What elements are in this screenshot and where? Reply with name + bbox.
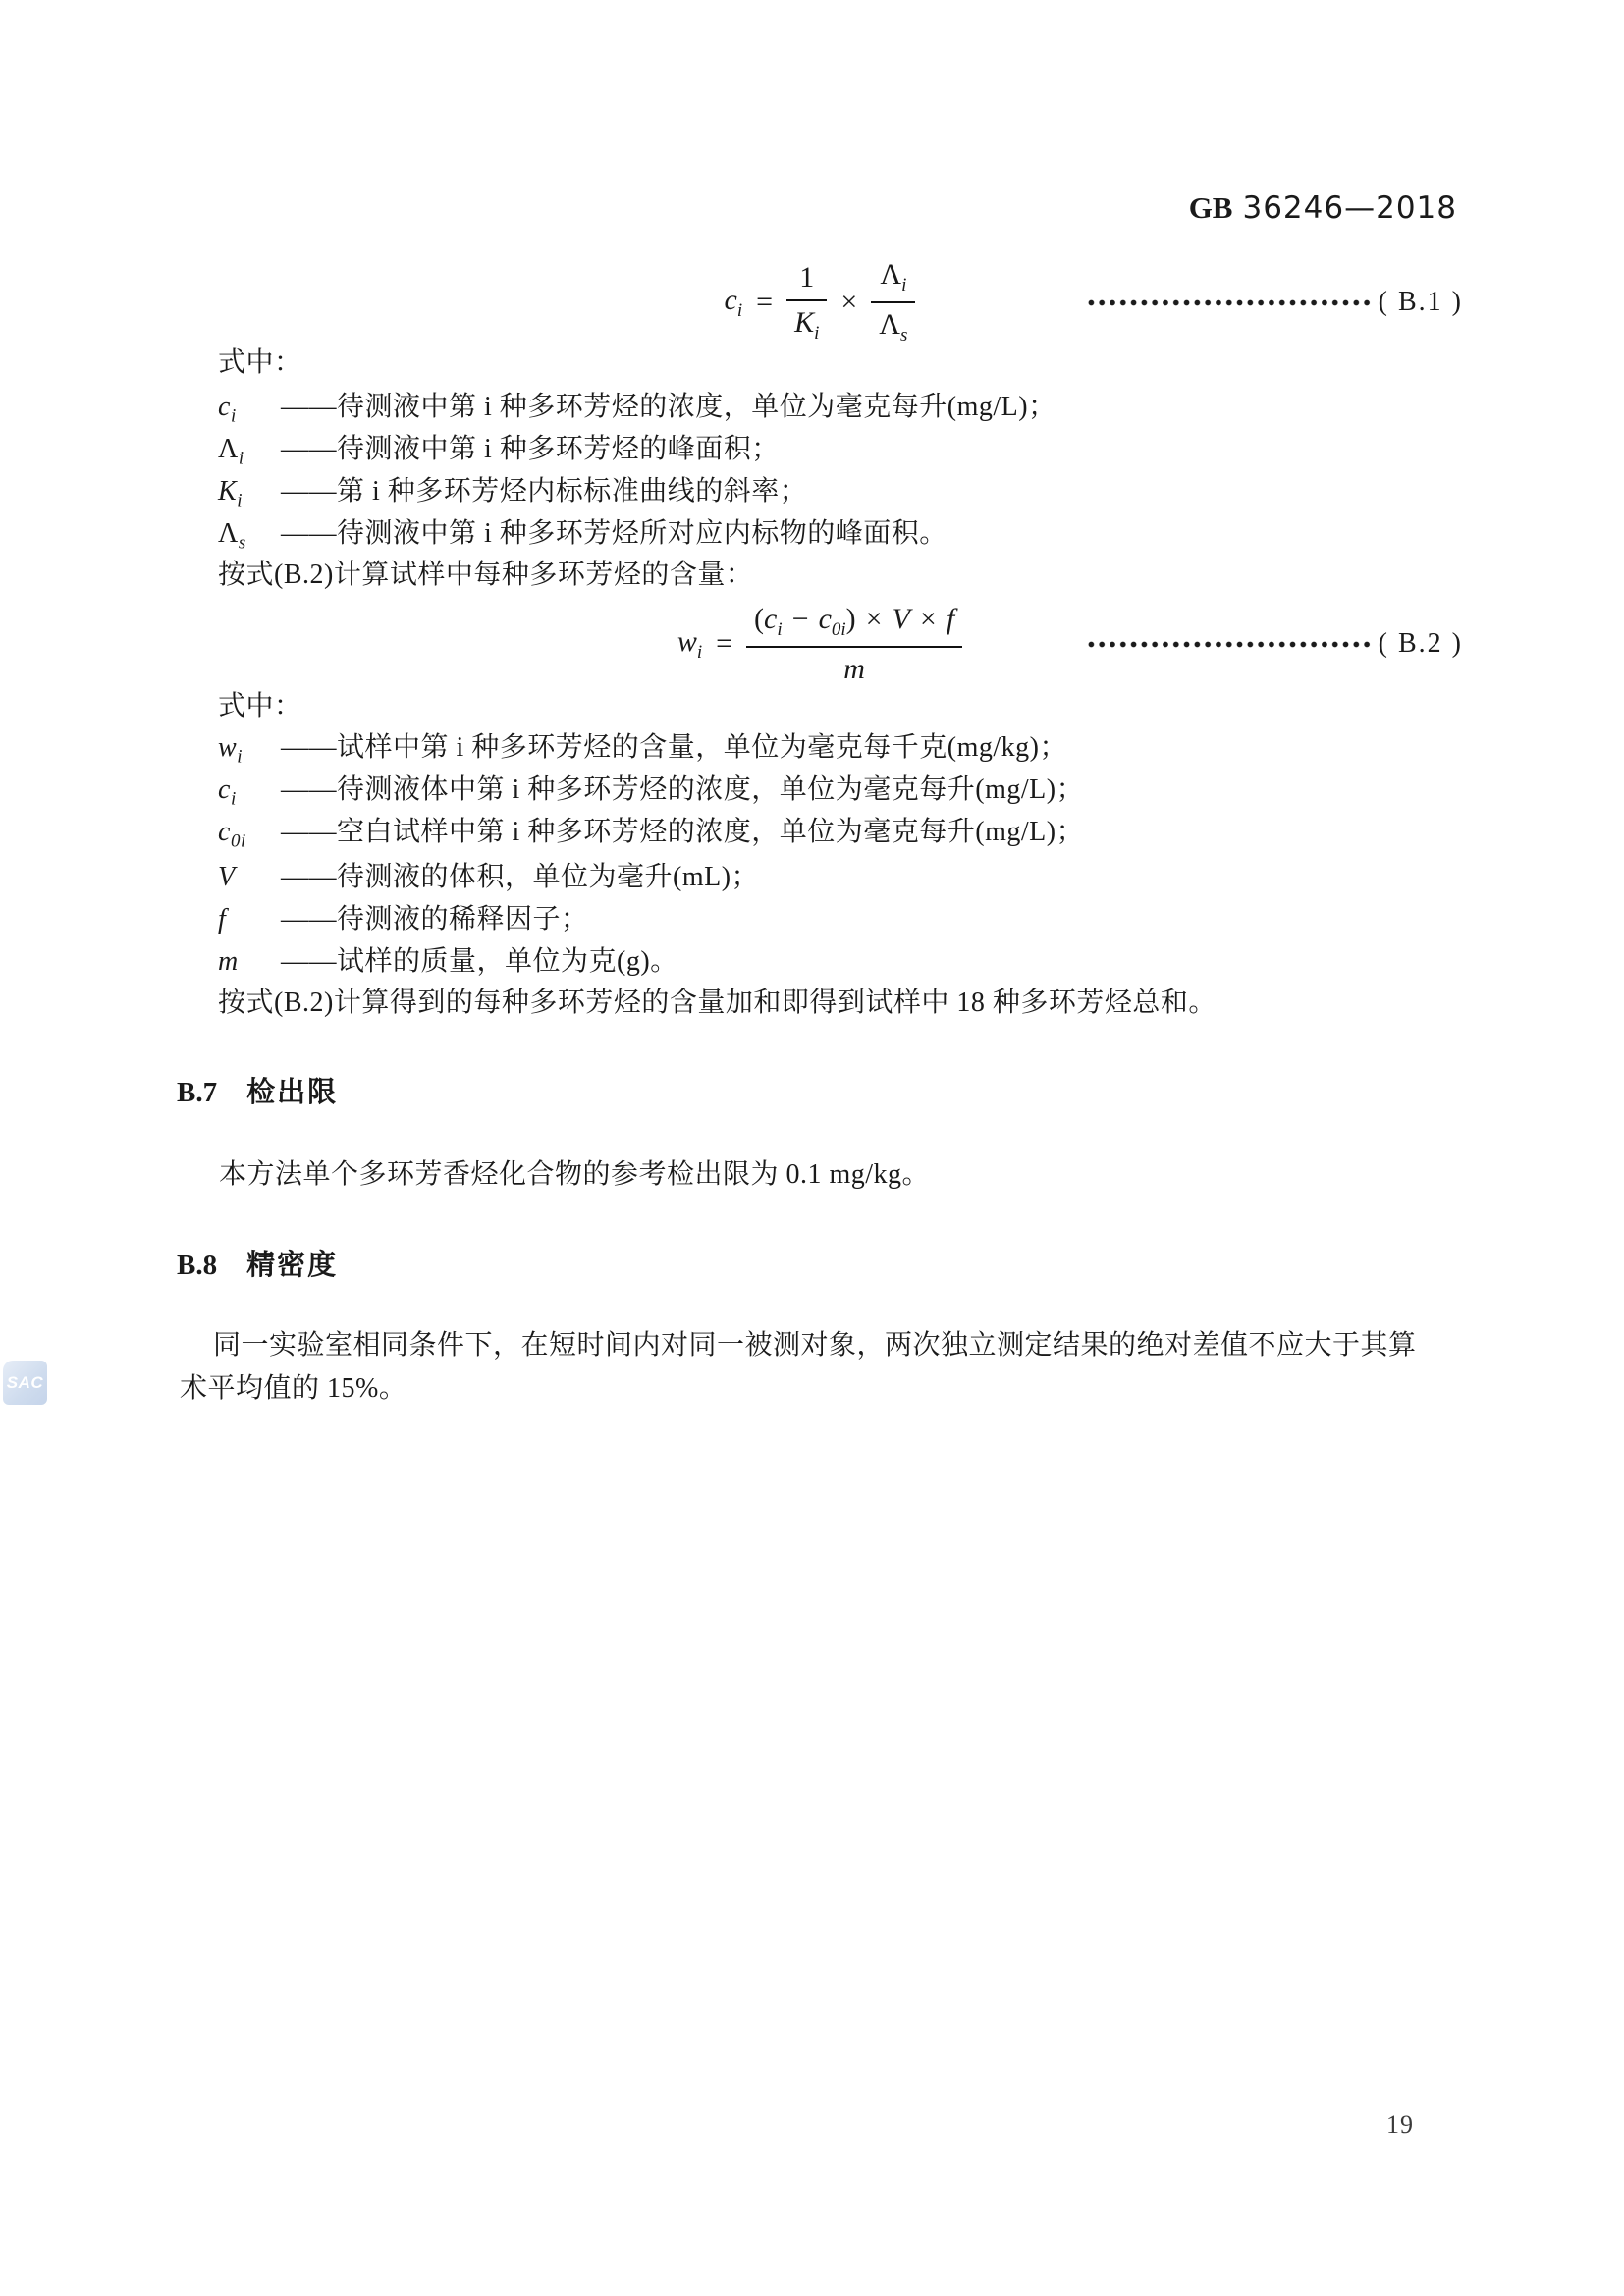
section-heading-b8: B.8精密度 bbox=[177, 1243, 338, 1283]
paragraph-sum: 按式(B.2)计算得到的每种多环芳烃的含量加和即得到试样中 18 种多环芳烃总和… bbox=[218, 986, 1217, 1020]
formula-b2-block: wi = (ci−c0i)×V×f m ( B.2 ) bbox=[177, 595, 1463, 693]
times-sign: × bbox=[866, 603, 883, 635]
term-sub: s bbox=[239, 533, 246, 554]
definition-text: ——待测液中第 i 种多环芳烃所对应内标物的峰面积。 bbox=[281, 516, 947, 555]
definition-term: ci bbox=[218, 390, 281, 428]
sac-watermark-text: SAC bbox=[7, 1373, 43, 1393]
formula-b2-lhs-base: w bbox=[677, 625, 697, 658]
term-sub: i bbox=[237, 747, 243, 768]
definition-row: ci ——待测液中第 i 种多环芳烃的浓度，单位为毫克每升(mg/L)； bbox=[218, 390, 1056, 428]
equals-sign: = bbox=[756, 286, 773, 319]
term-sub: i bbox=[231, 406, 237, 427]
section-number: B.8 bbox=[177, 1250, 217, 1281]
definition-row: m ——试样的质量，单位为克(g)。 bbox=[218, 944, 678, 983]
minus-sign: − bbox=[792, 603, 809, 635]
definition-term: Ki bbox=[218, 474, 281, 512]
definition-text: ——空白试样中第 i 种多环芳烃的浓度，单位为毫克每升(mg/L)； bbox=[281, 815, 1084, 853]
paragraph-b8-line2: 术平均值的 15%。 bbox=[180, 1371, 406, 1406]
formula-b1-reference: ( B.1 ) bbox=[1086, 287, 1463, 318]
paragraph-b7-body: 本方法单个多环芳香烃化合物的参考检出限为 0.1 mg/kg。 bbox=[219, 1157, 930, 1192]
definition-row: V ——待测液的体积，单位为毫升(mL)； bbox=[218, 860, 759, 898]
term-m: m bbox=[843, 653, 865, 685]
definition-term: wi bbox=[218, 730, 281, 769]
definition-term: ci bbox=[218, 773, 281, 811]
paren-open: ( bbox=[754, 603, 764, 635]
fraction-numerator: (ci−c0i)×V×f bbox=[746, 603, 962, 646]
den-base: K bbox=[794, 306, 814, 339]
definition-term: Λs bbox=[218, 516, 281, 555]
den-sub: i bbox=[814, 323, 819, 344]
definition-row: f ——待测液的稀释因子； bbox=[218, 902, 589, 940]
den-sub: s bbox=[900, 325, 907, 346]
doc-number: GB36246—2018 bbox=[1189, 190, 1457, 226]
section-title: 检出限 bbox=[246, 1077, 338, 1108]
formula-b1-lhs-base: c bbox=[725, 284, 737, 316]
formula-b1-number: ( B.1 ) bbox=[1379, 287, 1463, 318]
term-base: c bbox=[218, 392, 231, 422]
section-title: 精密度 bbox=[246, 1250, 338, 1281]
sac-watermark-badge: SAC bbox=[3, 1361, 47, 1405]
dotted-leader bbox=[1086, 640, 1373, 649]
definition-row: Λs ——待测液中第 i 种多环芳烃所对应内标物的峰面积。 bbox=[218, 516, 947, 555]
term-base: m bbox=[218, 946, 239, 977]
fraction-numerator: Λi bbox=[871, 258, 915, 301]
definition-text: ——第 i 种多环芳烃内标标准曲线的斜率； bbox=[281, 474, 807, 512]
paren-close: ) bbox=[846, 603, 856, 635]
formula-b2-number: ( B.2 ) bbox=[1379, 628, 1463, 660]
term-sub: 0i bbox=[231, 831, 246, 852]
section-heading-b7: B.7检出限 bbox=[177, 1070, 338, 1110]
paragraph-b2-intro: 按式(B.2)计算试样中每种多环芳烃的含量： bbox=[218, 558, 753, 592]
formula-b1-fraction-2: Λi Λs bbox=[871, 258, 915, 347]
term-base: f bbox=[218, 904, 226, 934]
formula-b1-fraction-1: 1 Ki bbox=[786, 261, 827, 345]
formula-b2-fraction: (ci−c0i)×V×f m bbox=[746, 603, 962, 686]
fraction-denominator: Ki bbox=[786, 299, 827, 345]
den-base: Λ bbox=[879, 308, 900, 341]
num-base: Λ bbox=[880, 258, 901, 291]
definition-term: m bbox=[218, 944, 281, 983]
definition-row: wi ——试样中第 i 种多环芳烃的含量，单位为毫克每千克(mg/kg)； bbox=[218, 730, 1067, 769]
definition-term: Λi bbox=[218, 432, 281, 470]
term-sub: i bbox=[239, 449, 244, 469]
fraction-numerator: 1 bbox=[786, 261, 827, 299]
term-c-i-sub: i bbox=[777, 619, 782, 640]
definition-text: ——待测液中第 i 种多环芳烃的浓度，单位为毫克每升(mg/L)； bbox=[281, 390, 1056, 428]
section-number: B.7 bbox=[177, 1077, 217, 1108]
fraction-denominator: m bbox=[746, 646, 962, 686]
term-c-0i-sub: 0i bbox=[832, 619, 846, 640]
term-f: f bbox=[947, 603, 954, 635]
document-page: GB36246—2018 ci = 1 Ki × Λi Λs ( B.1 ) 式… bbox=[0, 0, 1624, 2296]
formula-b2-lhs: wi bbox=[677, 625, 702, 664]
term-base: w bbox=[218, 732, 237, 763]
definition-text: ——试样的质量，单位为克(g)。 bbox=[281, 944, 678, 983]
definition-text: ——待测液中第 i 种多环芳烃的峰面积； bbox=[281, 432, 780, 470]
definition-text: ——待测液的稀释因子； bbox=[281, 902, 589, 940]
times-sign: × bbox=[840, 286, 857, 319]
definition-text: ——待测液的体积，单位为毫升(mL)； bbox=[281, 860, 759, 898]
doc-number-prefix: GB bbox=[1189, 190, 1233, 225]
equals-sign: = bbox=[716, 627, 732, 661]
definition-term: V bbox=[218, 860, 281, 898]
term-base: Λ bbox=[218, 518, 239, 549]
term-c-i: c bbox=[764, 603, 777, 635]
term-base: V bbox=[218, 862, 236, 892]
definition-row: Ki ——第 i 种多环芳烃内标标准曲线的斜率； bbox=[218, 474, 807, 512]
formula-b2-lhs-sub: i bbox=[697, 642, 702, 663]
definition-row: Λi ——待测液中第 i 种多环芳烃的峰面积； bbox=[218, 432, 780, 470]
definition-term: c0i bbox=[218, 815, 281, 853]
definition-row: c0i ——空白试样中第 i 种多环芳烃的浓度，单位为毫克每升(mg/L)； bbox=[218, 815, 1084, 853]
formula-b1-lhs: ci bbox=[725, 284, 743, 322]
fraction-denominator: Λs bbox=[871, 301, 915, 347]
term-base: c bbox=[218, 817, 231, 847]
term-base: K bbox=[218, 476, 237, 507]
dotted-leader bbox=[1086, 298, 1373, 307]
formula-b1-block: ci = 1 Ki × Λi Λs ( B.1 ) bbox=[177, 255, 1463, 349]
definition-text: ——待测液体中第 i 种多环芳烃的浓度，单位为毫克每升(mg/L)； bbox=[281, 773, 1084, 811]
where-label-2: 式中： bbox=[218, 689, 302, 723]
paragraph-b8-line1: 同一实验室相同条件下，在短时间内对同一被测对象，两次独立测定结果的绝对差值不应大… bbox=[213, 1328, 1417, 1362]
term-v: V bbox=[893, 603, 910, 635]
definition-term: f bbox=[218, 902, 281, 940]
times-sign: × bbox=[920, 603, 937, 635]
definition-text: ——试样中第 i 种多环芳烃的含量，单位为毫克每千克(mg/kg)； bbox=[281, 730, 1067, 769]
definition-row: ci ——待测液体中第 i 种多环芳烃的浓度，单位为毫克每升(mg/L)； bbox=[218, 773, 1084, 811]
page-number: 19 bbox=[1386, 2110, 1414, 2140]
term-c-0i: c bbox=[819, 603, 832, 635]
term-sub: i bbox=[231, 789, 237, 810]
term-base: Λ bbox=[218, 434, 239, 464]
term-sub: i bbox=[237, 491, 243, 511]
where-label-1: 式中： bbox=[218, 346, 302, 380]
formula-b2-reference: ( B.2 ) bbox=[1086, 628, 1463, 660]
term-base: c bbox=[218, 774, 231, 805]
doc-number-value: 36246—2018 bbox=[1242, 190, 1457, 226]
formula-b1-lhs-sub: i bbox=[737, 300, 742, 321]
num-sub: i bbox=[901, 275, 906, 295]
